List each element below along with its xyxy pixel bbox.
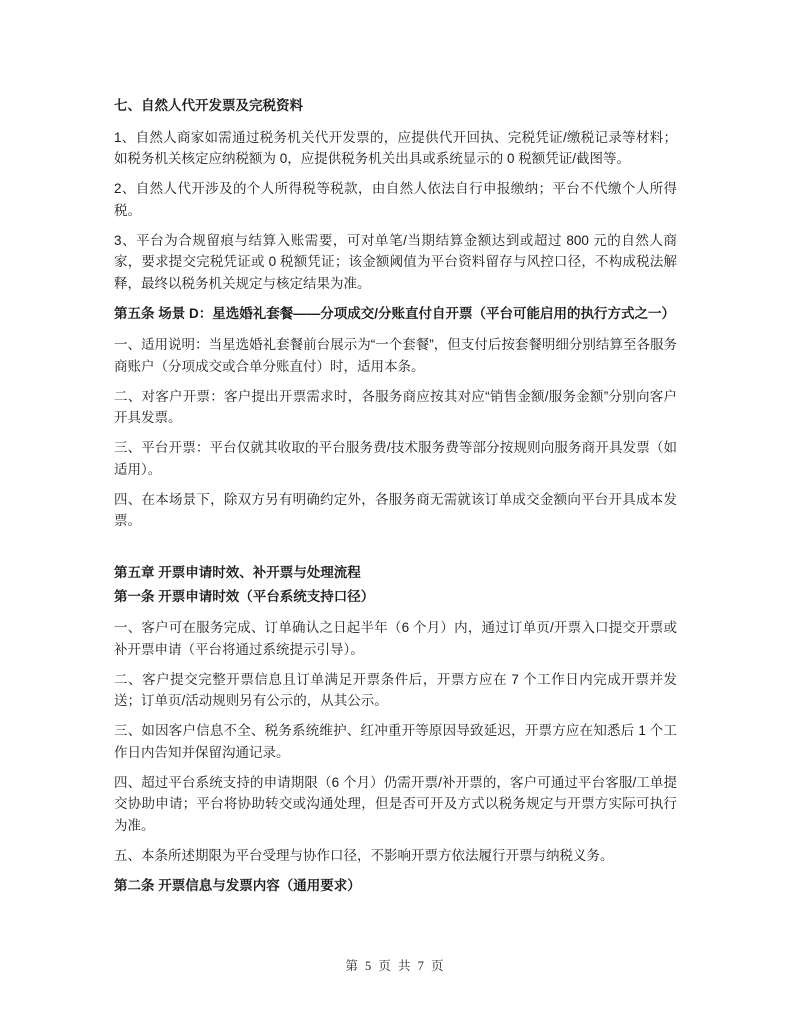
- para-timeliness-4: 四、超过平台系统支持的申请期限（6 个月）仍需开票/补开票的，客户可通过平台客服…: [114, 772, 677, 837]
- para-timeliness-5: 五、本条所述期限为平台受理与协作口径，不影响开票方依法履行开票与纳税义务。: [114, 845, 677, 867]
- page-footer: 第 5 页 共 7 页: [0, 956, 791, 974]
- chapter-heading-5: 第五章 开票申请时效、补开票与处理流程: [114, 562, 677, 584]
- para-natural-person-1: 1、自然人商家如需通过税务机关代开发票的，应提供代开回执、完税凭证/缴税记录等材…: [114, 127, 677, 170]
- para-natural-person-3: 3、平台为合规留痕与结算入账需要，可对单笔/当期结算金额达到或超过 800 元的…: [114, 230, 677, 295]
- para-timeliness-3: 三、如因客户信息不全、税务系统维护、红冲重开等原因导致延迟，开票方应在知悉后 1…: [114, 720, 677, 763]
- article-heading-2-invoice-info: 第二条 开票信息与发票内容（通用要求）: [114, 875, 677, 897]
- document-body: 七、自然人代开发票及完税资料 1、自然人商家如需通过税务机关代开发票的，应提供代…: [114, 95, 677, 906]
- document-page: 七、自然人代开发票及完税资料 1、自然人商家如需通过税务机关代开发票的，应提供代…: [0, 0, 791, 1024]
- para-scene-d-4: 四、在本场景下，除双方另有明确约定外，各服务商无需就该订单成交金额向平台开具成本…: [114, 489, 677, 532]
- para-scene-d-2: 二、对客户开票：客户提出开票需求时，各服务商应按其对应“销售金额/服务金额”分别…: [114, 386, 677, 429]
- para-scene-d-3: 三、平台开票：平台仅就其收取的平台服务费/技术服务费等部分按规则向服务商开具发票…: [114, 437, 677, 480]
- para-timeliness-2: 二、客户提交完整开票信息且订单满足开票条件后，开票方应在 7 个工作日内完成开票…: [114, 669, 677, 712]
- section-heading-article5-scene-d: 第五条 场景 D：星选婚礼套餐——分项成交/分账直付自开票（平台可能启用的执行方…: [114, 303, 677, 325]
- para-timeliness-1: 一、客户可在服务完成、订单确认之日起半年（6 个月）内，通过订单页/开票入口提交…: [114, 617, 677, 660]
- para-natural-person-2: 2、自然人代开涉及的个人所得税等税款，由自然人依法自行申报缴纳；平台不代缴个人所…: [114, 178, 677, 221]
- page-number: 第 5 页 共 7 页: [345, 959, 445, 973]
- article-heading-1-timeliness: 第一条 开票申请时效（平台系统支持口径）: [114, 586, 677, 608]
- section-heading-natural-person-invoice: 七、自然人代开发票及完税资料: [114, 95, 677, 117]
- para-scene-d-1: 一、适用说明：当星选婚礼套餐前台展示为“一个套餐”，但支付后按套餐明细分别结算至…: [114, 334, 677, 377]
